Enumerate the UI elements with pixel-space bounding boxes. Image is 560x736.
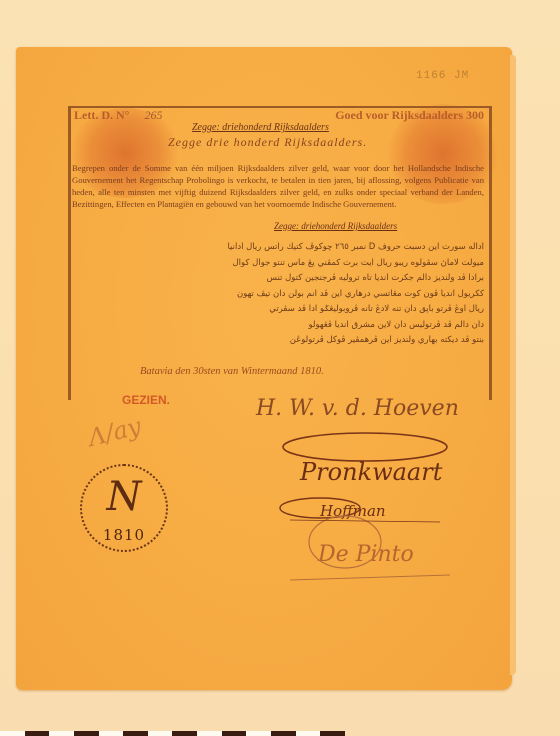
stamp-seal: N 1810	[80, 464, 168, 552]
seal-year: 1810	[82, 526, 166, 544]
signature-flourishes	[0, 0, 560, 736]
seal-monogram: N	[82, 474, 166, 520]
scale-bar	[0, 731, 345, 736]
